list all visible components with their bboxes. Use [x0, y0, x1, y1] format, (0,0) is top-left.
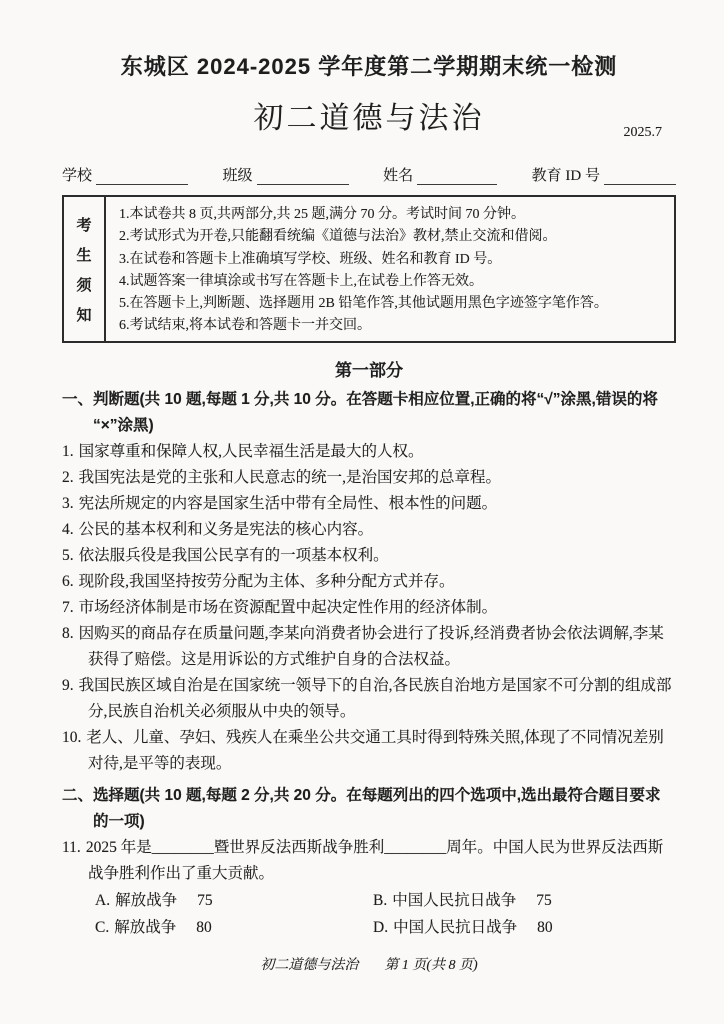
notice-side-char: 须 — [76, 274, 91, 295]
option-label: A. — [95, 892, 110, 909]
section2-heading: 二、选择题(共 10 题,每题 2 分,共 20 分。在每题列出的四个选项中,选… — [62, 783, 676, 835]
option-a: A.解放战争75 — [95, 887, 373, 914]
question-number: 11. — [62, 839, 81, 856]
question-11: 11.2025 年是________暨世界反法西斯战争胜利________周年。… — [62, 835, 676, 887]
question-text: 市场经济体制是市场在资源配置中起决定性作用的经济体制。 — [79, 599, 498, 616]
question-text: 老人、儿童、孕妇、残疾人在乘坐公共交通工具时得到特殊关照,体现了不同情况差别对待… — [86, 729, 663, 772]
option-text: 解放战争 — [115, 892, 177, 909]
question-number: 8. — [62, 625, 74, 642]
option-label: C. — [95, 919, 109, 936]
question-number: 9. — [62, 677, 74, 694]
question-number: 3. — [62, 495, 74, 512]
notice-side-char: 生 — [76, 244, 91, 265]
notice-item: 2.考试形式为开卷,只能翻看统编《道德与法治》教材,禁止交流和借阅。 — [119, 226, 670, 248]
field-name-label: 姓名 — [383, 164, 413, 185]
question-number: 4. — [62, 521, 74, 538]
option-text: 中国人民抗日战争 — [392, 892, 516, 909]
field-school-label: 学校 — [62, 164, 92, 185]
question-11-options: A.解放战争75 B.中国人民抗日战争75 C.解放战争80 D.中国人民抗日战… — [62, 887, 676, 941]
option-value: 75 — [197, 892, 213, 909]
question-number: 5. — [62, 547, 74, 564]
subject-row: 初二道德与法治 2025.7 — [62, 95, 676, 143]
option-b: B.中国人民抗日战争75 — [373, 887, 676, 914]
notice-side-label: 考 生 须 知 — [64, 197, 106, 341]
student-info-row: 学校 班级 姓名 教育 ID 号 — [62, 161, 676, 185]
question-text: 公民的基本权利和义务是宪法的核心内容。 — [79, 521, 374, 538]
question-item: 6.现阶段,我国坚持按劳分配为主体、多种分配方式并存。 — [62, 569, 676, 595]
option-text: 解放战争 — [114, 919, 176, 936]
option-text: 中国人民抗日战争 — [393, 919, 517, 936]
question-number: 6. — [62, 573, 74, 590]
question-item: 1.国家尊重和保障人权,人民幸福生活是最大的人权。 — [62, 439, 676, 465]
option-label: D. — [373, 919, 388, 936]
notice-item: 4.试题答案一律填涂或书写在答题卡上,在试卷上作答无效。 — [119, 271, 670, 293]
question-text: 国家尊重和保障人权,人民幸福生活是最大的人权。 — [79, 443, 424, 460]
field-edu-id: 教育 ID 号 — [532, 164, 676, 185]
question-item: 3.宪法所规定的内容是国家生活中带有全局性、根本性的问题。 — [62, 491, 676, 517]
footer-page-info: 第 1 页(共 8 页) — [384, 954, 477, 974]
footer-subject: 初二道德与法治 — [260, 954, 358, 974]
question-item: 7.市场经济体制是市场在资源配置中起决定性作用的经济体制。 — [62, 595, 676, 621]
field-class: 班级 — [223, 164, 349, 185]
field-school: 学校 — [62, 164, 188, 185]
question-text: 宪法所规定的内容是国家生活中带有全局性、根本性的问题。 — [79, 495, 498, 512]
question-item: 4.公民的基本权利和义务是宪法的核心内容。 — [62, 517, 676, 543]
question-number: 7. — [62, 599, 74, 616]
notice-box: 考 生 须 知 1.本试卷共 8 页,共两部分,共 25 题,满分 70 分。考… — [62, 195, 676, 343]
field-name: 姓名 — [383, 164, 497, 185]
option-label: B. — [373, 892, 387, 909]
question-text: 现阶段,我国坚持按劳分配为主体、多种分配方式并存。 — [79, 573, 455, 590]
option-c: C.解放战争80 — [95, 914, 373, 941]
notice-list: 1.本试卷共 8 页,共两部分,共 25 题,满分 70 分。考试时间 70 分… — [106, 197, 674, 341]
exam-title: 东城区 2024-2025 学年度第二学期期末统一检测 — [62, 50, 676, 81]
page-footer: 初二道德与法治 第 1 页(共 8 页) — [62, 954, 676, 974]
subject-title: 初二道德与法治 — [62, 95, 676, 143]
question-text: 因购买的商品存在质量问题,李某向消费者协会进行了投诉,经消费者协会依法调解,李某… — [79, 625, 664, 668]
notice-side-char: 知 — [76, 304, 91, 325]
field-class-blank — [257, 166, 349, 185]
notice-item: 5.在答题卡上,判断题、选择题用 2B 铅笔作答,其他试题用黑色字迹签字笔作答。 — [119, 293, 670, 315]
question-item: 2.我国宪法是党的主张和人民意志的统一,是治国安邦的总章程。 — [62, 465, 676, 491]
field-edu-id-blank — [604, 166, 676, 185]
notice-item: 1.本试卷共 8 页,共两部分,共 25 题,满分 70 分。考试时间 70 分… — [119, 204, 670, 226]
exam-page: 东城区 2024-2025 学年度第二学期期末统一检测 初二道德与法治 2025… — [0, 0, 724, 1024]
question-item: 5.依法服兵役是我国公民享有的一项基本权利。 — [62, 543, 676, 569]
question-text: 我国宪法是党的主张和人民意志的统一,是治国安邦的总章程。 — [79, 469, 501, 486]
field-class-label: 班级 — [223, 164, 253, 185]
question-number: 2. — [62, 469, 74, 486]
notice-item: 3.在试卷和答题卡上准确填写学校、班级、姓名和教育 ID 号。 — [119, 249, 670, 271]
option-value: 75 — [536, 892, 552, 909]
notice-item: 6.考试结束,将本试卷和答题卡一并交回。 — [119, 315, 670, 337]
question-number: 1. — [62, 443, 74, 460]
exam-date: 2025.7 — [624, 125, 663, 141]
question-number: 10. — [62, 729, 81, 746]
question-text: 我国民族区域自治是在国家统一领导下的自治,各民族自治地方是国家不可分割的组成部分… — [79, 677, 672, 720]
notice-side-char: 考 — [76, 214, 91, 235]
question-item: 8.因购买的商品存在质量问题,李某向消费者协会进行了投诉,经消费者协会依法调解,… — [62, 621, 676, 673]
section1-heading: 一、判断题(共 10 题,每题 1 分,共 10 分。在答题卡相应位置,正确的将… — [62, 387, 676, 439]
part1-title: 第一部分 — [62, 356, 676, 381]
option-value: 80 — [537, 919, 553, 936]
option-value: 80 — [196, 919, 212, 936]
question-text: 2025 年是________暨世界反法西斯战争胜利________周年。中国人… — [86, 839, 663, 882]
field-edu-id-label: 教育 ID 号 — [532, 164, 600, 185]
field-name-blank — [417, 166, 497, 185]
question-item: 9.我国民族区域自治是在国家统一领导下的自治,各民族自治地方是国家不可分割的组成… — [62, 673, 676, 725]
question-item: 10.老人、儿童、孕妇、残疾人在乘坐公共交通工具时得到特殊关照,体现了不同情况差… — [62, 725, 676, 777]
field-school-blank — [96, 166, 188, 185]
option-d: D.中国人民抗日战争80 — [373, 914, 676, 941]
question-text: 依法服兵役是我国公民享有的一项基本权利。 — [79, 547, 389, 564]
